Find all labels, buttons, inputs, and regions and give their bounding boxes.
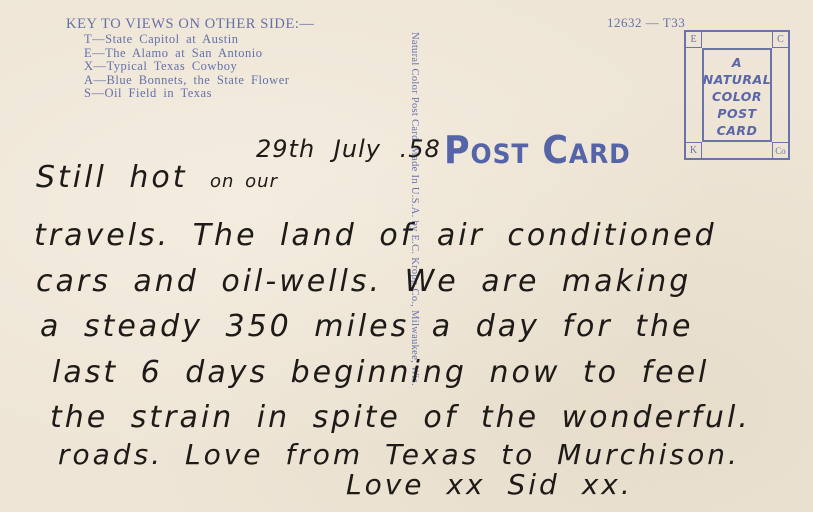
stamp-box: E C K Co A NATURAL COLOR POST CARD	[684, 30, 790, 160]
handwritten-signature: Love xx Sid xx.	[346, 468, 633, 501]
handwritten-line-5: last 6 days beginning now to feel	[52, 355, 709, 390]
stamp-text: A NATURAL COLOR POST CARD	[686, 54, 788, 139]
key-title: KEY TO VIEWS ON OTHER SIDE:—	[66, 15, 315, 33]
stamp-corner-br: Co	[772, 142, 788, 158]
handwritten-line-4: a steady 350 miles a day for the	[40, 309, 693, 344]
stamp-corner-tl: E	[686, 32, 702, 48]
line-1-small: on our	[210, 171, 278, 192]
key-item-s: S—Oil Field in Texas	[84, 87, 315, 101]
key-list: T—State Capitol at Austin E—The Alamo at…	[66, 33, 315, 101]
key-item-e: E—The Alamo at San Antonio	[84, 47, 315, 61]
stamp-line: NATURAL	[686, 71, 788, 88]
key-item-a: A—Blue Bonnets, the State Flower	[84, 74, 315, 88]
handwritten-date: 29th July .58	[256, 135, 441, 163]
key-to-views: KEY TO VIEWS ON OTHER SIDE:— T—State Cap…	[66, 15, 315, 101]
stamp-line: CARD	[686, 122, 788, 139]
stamp-line: POST	[686, 105, 788, 122]
handwritten-line-6: the strain in spite of the wonderful.	[50, 400, 751, 435]
key-item-x: X—Typical Texas Cowboy	[84, 60, 315, 74]
postcard-back: KEY TO VIEWS ON OTHER SIDE:— T—State Cap…	[0, 0, 813, 512]
key-item-t: T—State Capitol at Austin	[84, 33, 315, 47]
stamp-corner-tr: C	[772, 32, 788, 48]
line-1-main: Still hot	[36, 160, 187, 195]
stamp-corner-bl: K	[686, 142, 702, 158]
handwritten-line-3: cars and oil-wells. We are making	[36, 264, 691, 299]
handwritten-line-7: roads. Love from Texas to Murchison.	[58, 438, 740, 471]
stamp-line: COLOR	[686, 88, 788, 105]
post-card-title: Post Card	[444, 130, 631, 170]
stamp-line: A	[686, 54, 788, 71]
serial-number: 12632 — T33	[607, 15, 685, 31]
handwritten-line-1: Still hot on our	[36, 160, 278, 195]
handwritten-line-2: travels. The land of air conditioned	[34, 218, 717, 253]
